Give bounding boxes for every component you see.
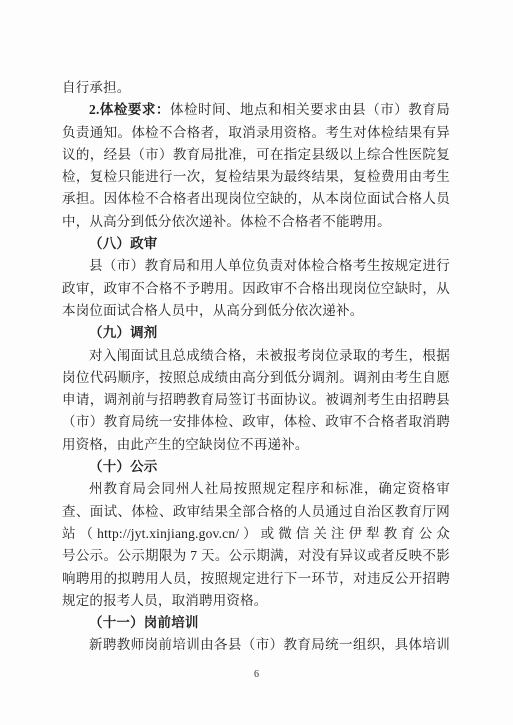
body-text: 对入闱面试且总成绩合格，未被报考岗位录取的考生，根据 bbox=[89, 348, 450, 363]
bold-text: （九）调剂 bbox=[89, 325, 158, 340]
text-line: 申请，调剂前与招聘教育局签订书面协议。被调剂考生由招聘县 bbox=[62, 389, 450, 411]
text-line: 检，复检只能进行一次，复检结果为最终结果，复检费用由考生 bbox=[62, 166, 450, 188]
section-heading: （十）公示 bbox=[62, 456, 450, 478]
section-heading: （九）调剂 bbox=[62, 322, 450, 344]
body-text: 政审，政审不合格不予聘用。因政审不合格出现岗位空缺时，从 bbox=[62, 281, 450, 296]
body-text: 中，从高分到低分依次递补。体检不合格者不能聘用。 bbox=[62, 214, 391, 229]
section-heading: （八）政审 bbox=[62, 233, 450, 255]
text-line: （市）教育局统一安排体检、政审，体检、政审不合格者取消聘 bbox=[62, 411, 450, 433]
body-text: 岗位代码顺序，按照总成绩由高分到低分调剂。调剂由考生自愿 bbox=[62, 370, 450, 385]
document-body: 自行承担。2.体检要求：体检时间、地点和相关要求由县（市）教育局负责通知。体检不… bbox=[62, 77, 450, 657]
text-line: 查、面试、体检、政审结果全部合格的人员通过自治区教育厅网 bbox=[62, 501, 450, 523]
body-text: 检，复检只能进行一次，复检结果为最终结果，复检费用由考生 bbox=[62, 169, 450, 184]
body-text: 自行承担。 bbox=[62, 80, 131, 95]
text-line: 对入闱面试且总成绩合格，未被报考岗位录取的考生，根据 bbox=[62, 345, 450, 367]
body-text: （市）教育局统一安排体检、政审，体检、政审不合格者取消聘 bbox=[62, 414, 450, 429]
text-line: 政审，政审不合格不予聘用。因政审不合格出现岗位空缺时，从 bbox=[62, 278, 450, 300]
text-line: 号公示。公示期限为 7 天。公示期满，对没有异议或者反映不影 bbox=[62, 545, 450, 567]
body-text: 议的，经县（市）教育局批准，可在指定县级以上综合性医院复 bbox=[62, 147, 450, 162]
page-number: 6 bbox=[0, 669, 513, 680]
section-heading: （十一）岗前培训 bbox=[62, 612, 450, 634]
document-page: 自行承担。2.体检要求：体检时间、地点和相关要求由县（市）教育局负责通知。体检不… bbox=[0, 0, 513, 725]
body-text: 申请，调剂前与招聘教育局签订书面协议。被调剂考生由招聘县 bbox=[62, 392, 450, 407]
text-line: 议的，经县（市）教育局批准，可在指定县级以上综合性医院复 bbox=[62, 144, 450, 166]
text-line: 站（http://jyt.xinjiang.gov.cn/）或微信关注伊犁教育公… bbox=[62, 523, 450, 545]
body-text: 查、面试、体检、政审结果全部合格的人员通过自治区教育厅网 bbox=[62, 504, 450, 519]
body-text: 用资格，由此产生的空缺岗位不再递补。 bbox=[62, 437, 309, 452]
body-text: 县（市）教育局和用人单位负责对体检合格考生按规定进行 bbox=[89, 258, 450, 273]
body-text: 本岗位面试合格人员中，从高分到低分依次递补。 bbox=[62, 303, 363, 318]
text-line: 中，从高分到低分依次递补。体检不合格者不能聘用。 bbox=[62, 211, 450, 233]
bold-text: 2.体检要求： bbox=[89, 102, 170, 117]
text-line: 承担。因体检不合格者出现岗位空缺的，从本岗位面试合格人员 bbox=[62, 188, 450, 210]
body-text: 响聘用的拟聘用人员，按照规定进行下一环节，对违反公开招聘 bbox=[62, 571, 450, 586]
text-line: 负责通知。体检不合格者，取消录用资格。考生对体检结果有异 bbox=[62, 122, 450, 144]
text-line: 新聘教师岗前培训由各县（市）教育局统一组织，具体培训 bbox=[62, 634, 450, 656]
bold-text: （十）公示 bbox=[89, 459, 158, 474]
text-line: 岗位代码顺序，按照总成绩由高分到低分调剂。调剂由考生自愿 bbox=[62, 367, 450, 389]
text-line: 本岗位面试合格人员中，从高分到低分依次递补。 bbox=[62, 300, 450, 322]
bold-text: （八）政审 bbox=[89, 236, 158, 251]
text-line: 用资格，由此产生的空缺岗位不再递补。 bbox=[62, 434, 450, 456]
body-text: 体检时间、地点和相关要求由县（市）教育局 bbox=[170, 102, 450, 117]
text-line: 响聘用的拟聘用人员，按照规定进行下一环节，对违反公开招聘 bbox=[62, 568, 450, 590]
body-text: 号公示。公示期限为 7 天。公示期满，对没有异议或者反映不影 bbox=[62, 548, 450, 563]
body-text: 负责通知。体检不合格者，取消录用资格。考生对体检结果有异 bbox=[62, 125, 450, 140]
body-text: 州教育局会同州人社局按照规定程序和标准，确定资格审 bbox=[89, 481, 450, 496]
body-text: 承担。因体检不合格者出现岗位空缺的，从本岗位面试合格人员 bbox=[62, 191, 450, 206]
bold-text: （十一）岗前培训 bbox=[89, 615, 199, 630]
body-text: 新聘教师岗前培训由各县（市）教育局统一组织，具体培训 bbox=[89, 637, 450, 652]
text-line: 州教育局会同州人社局按照规定程序和标准，确定资格审 bbox=[62, 478, 450, 500]
text-line: 县（市）教育局和用人单位负责对体检合格考生按规定进行 bbox=[62, 255, 450, 277]
text-line: 2.体检要求：体检时间、地点和相关要求由县（市）教育局 bbox=[62, 99, 450, 121]
text-line: 自行承担。 bbox=[62, 77, 450, 99]
text-line: 规定的报考人员，取消聘用资格。 bbox=[62, 590, 450, 612]
body-text: 规定的报考人员，取消聘用资格。 bbox=[62, 593, 268, 608]
body-text: 站（http://jyt.xinjiang.gov.cn/）或微信关注伊犁教育公… bbox=[62, 526, 450, 541]
